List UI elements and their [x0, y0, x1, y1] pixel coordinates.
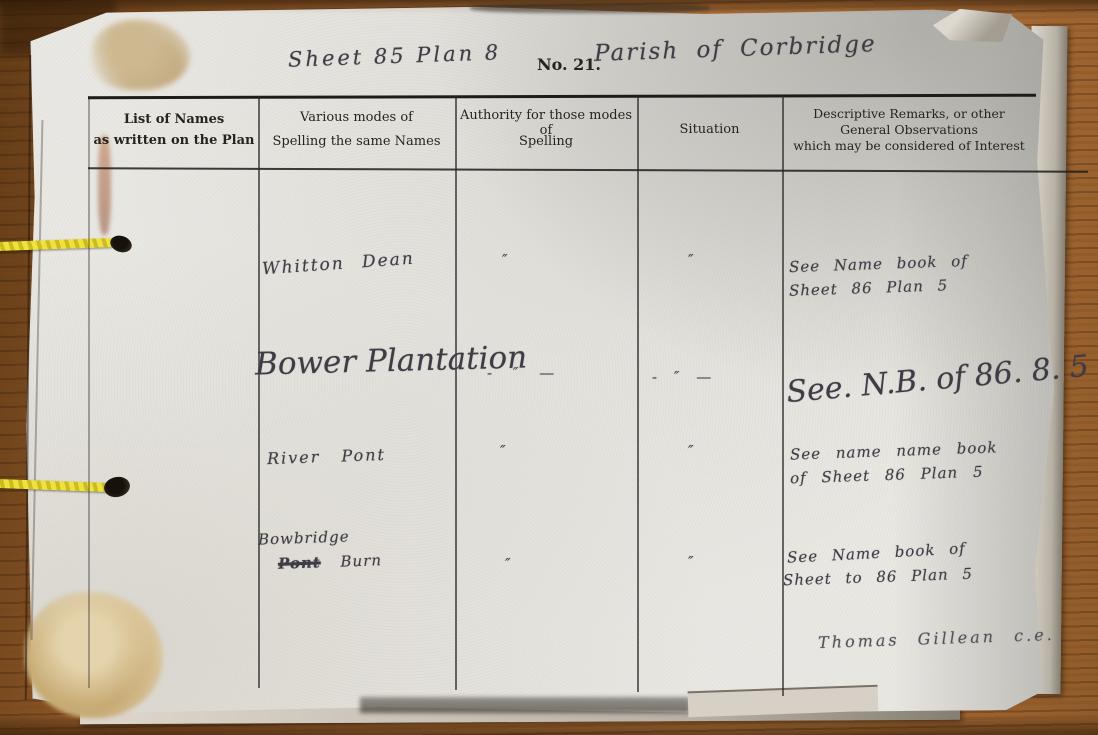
column-divider-2: [455, 96, 457, 690]
column-header-spelling-modes-line1: Various modes of: [260, 110, 453, 125]
dash-ditto-authority: - ″ —: [487, 364, 562, 382]
torn-edge-top: [470, 3, 710, 13]
column-divider-3: [637, 96, 639, 692]
column-header-remarks-line3: which may be considered of Interest: [784, 138, 1034, 153]
form-number-label: No. 21.: [537, 55, 601, 74]
dash-ditto-situation: - ″ —: [652, 368, 717, 386]
column-divider-1: [258, 96, 260, 688]
entry-name-line1: Bowbridge: [258, 527, 350, 548]
column-header-names-line2: as written on the Plan: [90, 133, 258, 148]
struck-out-word: Pont: [278, 553, 321, 572]
entry-name-word: Burn: [340, 551, 382, 570]
column-header-spelling-modes-line2: Spelling the same Names: [260, 134, 453, 149]
column-header-remarks-line1: Descriptive Remarks, or other: [784, 106, 1034, 121]
stain-left-streak: [98, 135, 111, 235]
ditto-mark-authority: ″: [500, 442, 506, 460]
table-left-border: [88, 96, 90, 688]
photographed-name-book-page: Sheet 85 Plan 8 No. 21. Parish of Corbri…: [0, 0, 1098, 735]
column-header-names-line1: List of Names: [90, 112, 258, 127]
entry-name-line2: Pont Burn: [278, 551, 383, 573]
ditto-mark-situation: ″: [688, 553, 694, 571]
ditto-mark-situation: ″: [688, 442, 694, 460]
torn-edge-bottom: [360, 697, 690, 713]
column-header-situation: Situation: [639, 122, 780, 137]
ditto-mark-situation: ″: [688, 251, 694, 269]
ditto-mark-authority: ″: [505, 555, 511, 573]
column-header-remarks-line2: General Observations: [784, 122, 1034, 137]
ditto-mark-authority: ″: [502, 251, 508, 269]
stain-top-left: [92, 20, 190, 90]
column-header-authority-line2: Spelling: [457, 134, 635, 149]
column-divider-4: [782, 96, 784, 696]
stain-bottom-left: [25, 592, 163, 718]
